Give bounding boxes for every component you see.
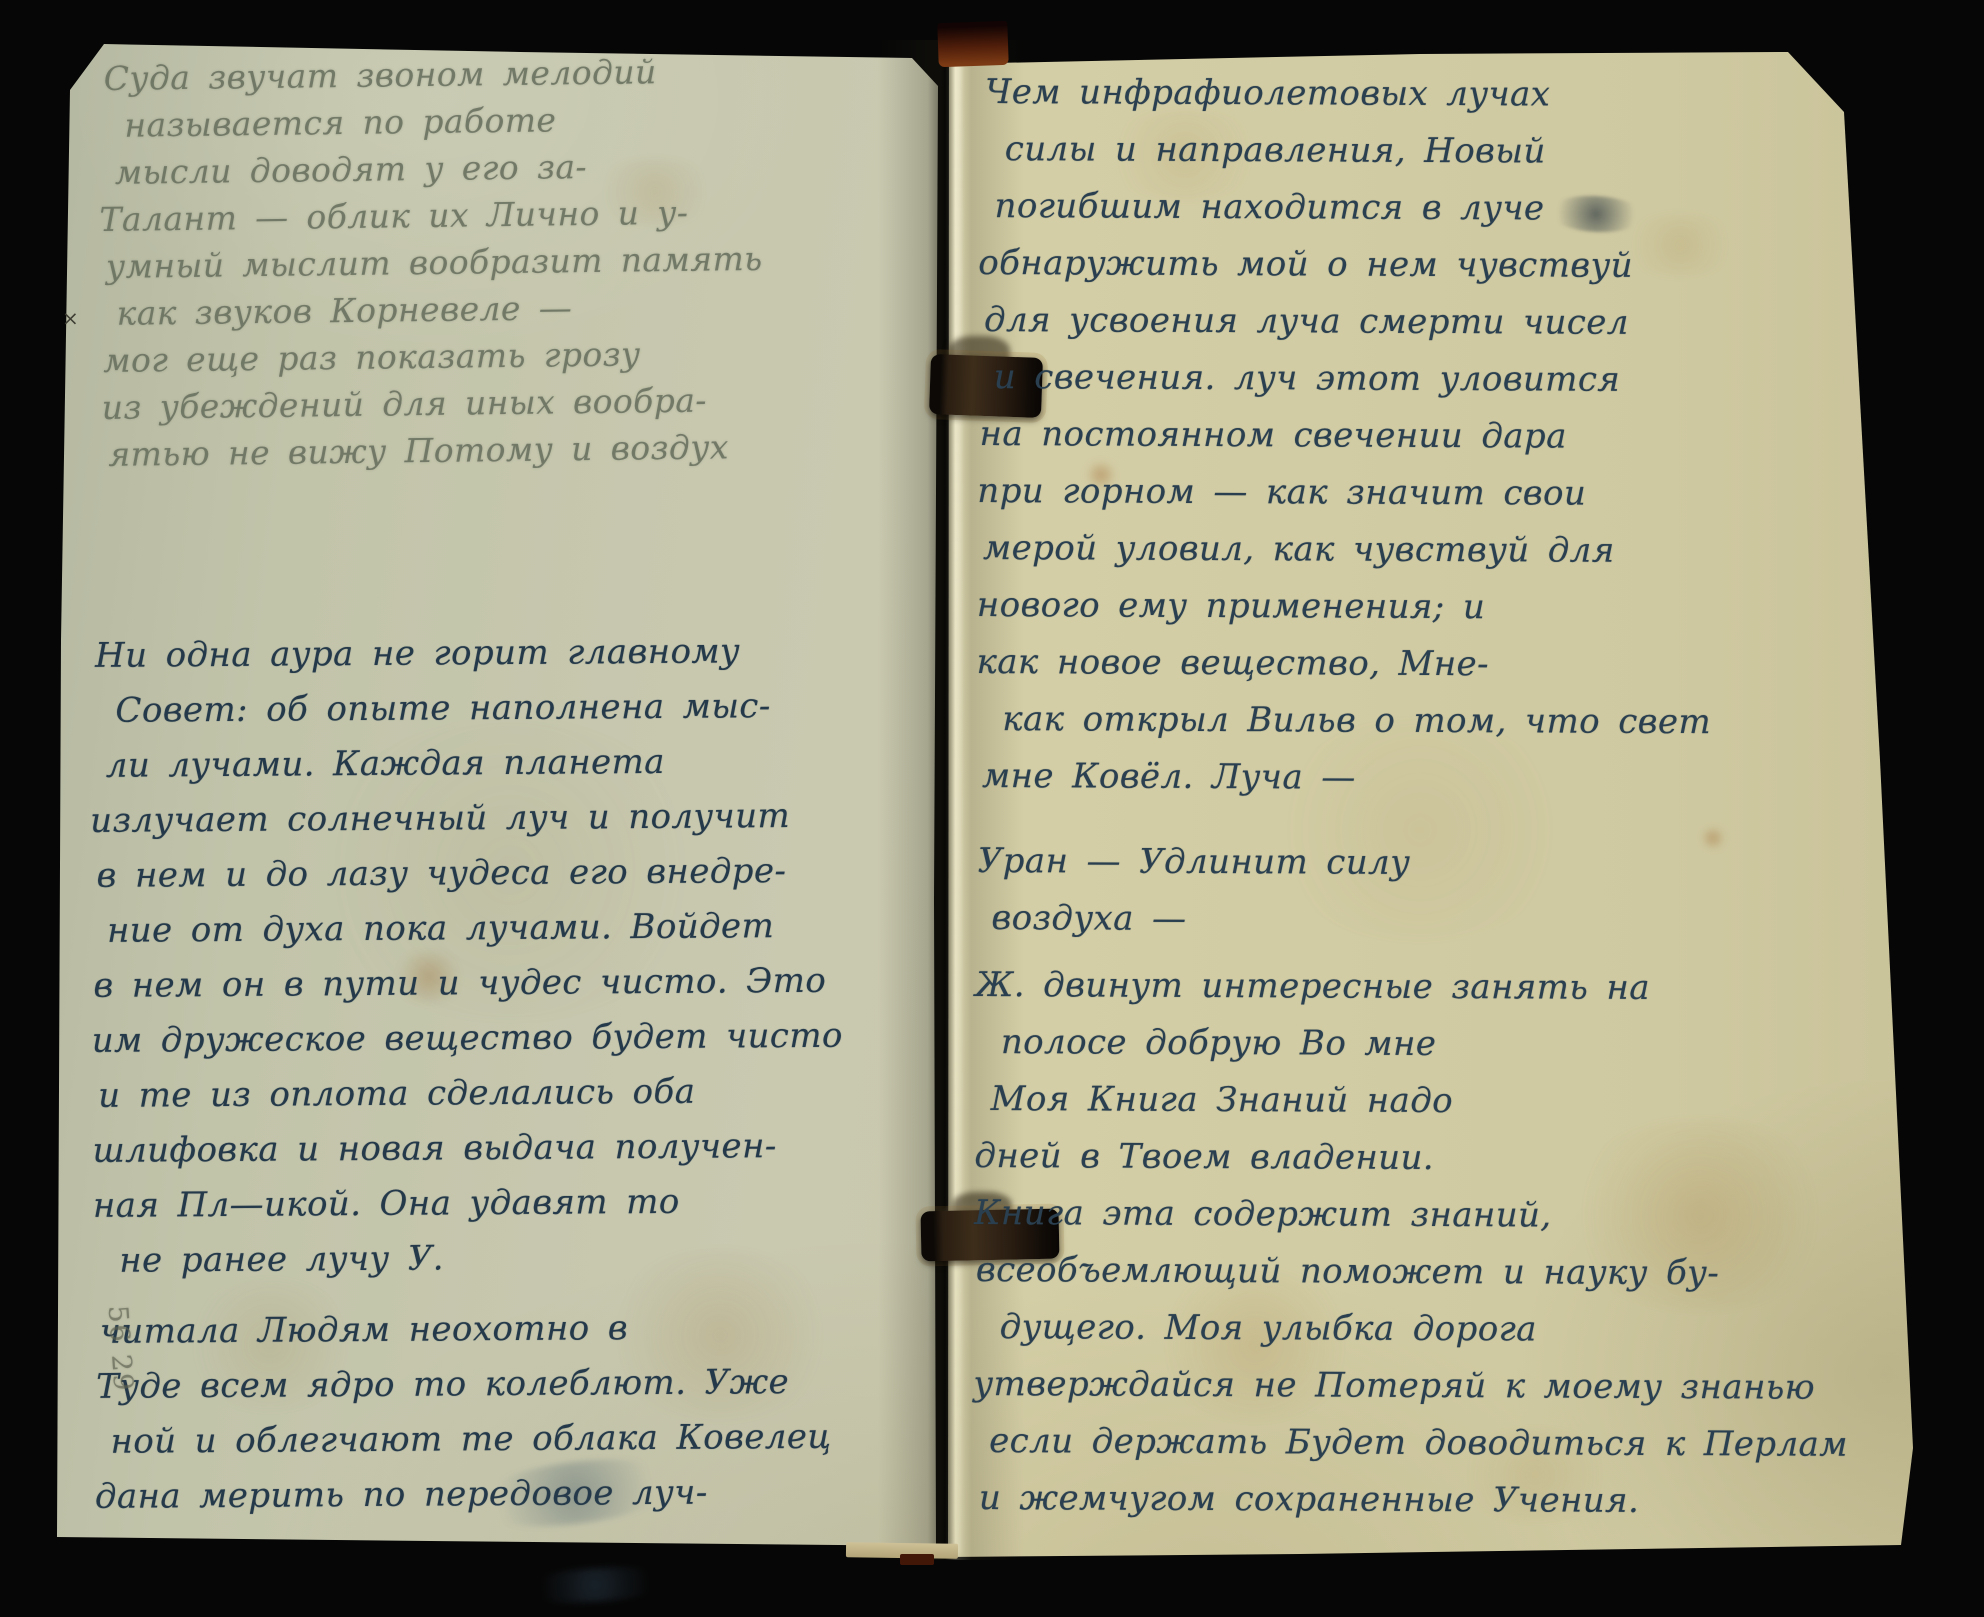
- handwritten-line: погибшим находится в луче: [994, 178, 1898, 239]
- pencil-page-number: 56 29: [104, 1305, 136, 1394]
- handwritten-line: в нем он в пути и чудес чисто. Это: [93, 953, 931, 1014]
- handwritten-line: на постоянном свечении дара: [979, 406, 1897, 467]
- handwritten-line: Чем инфрафиолетовых лучах: [985, 64, 1899, 125]
- handwritten-line: Туде всем ядро то колеблют. Уже: [96, 1354, 934, 1415]
- handwritten-line: Моя Книга Знаний надо: [991, 1071, 1895, 1132]
- handwritten-line: ли лучами. Каждая планета: [106, 733, 930, 794]
- right-page-fold-crease: [952, 60, 962, 1554]
- handwritten-line: излучает солнечный луч и получит: [90, 788, 930, 849]
- handwritten-line: воздуха —: [991, 890, 1895, 951]
- handwritten-line: как новое вещество, Мне-: [976, 634, 1896, 695]
- handwritten-line: шлифовка и новая выдача получен-: [92, 1118, 932, 1179]
- handwritten-line: в нем и до лазу чудеса его внедре-: [96, 843, 930, 904]
- margin-x-mark: ×: [62, 306, 79, 330]
- handwritten-line: для усвоения луча смерти чисел: [984, 292, 1898, 353]
- handwritten-line: читала Людям неохотно в: [100, 1299, 934, 1360]
- handwritten-line: дущего. Моя улыбка дорога: [1000, 1299, 1894, 1360]
- handwritten-line: дана мерить по передовое луч-: [95, 1464, 935, 1525]
- handwritten-line: ная Пл—икой. Она удавят то: [93, 1173, 933, 1234]
- handwritten-line: мне Ковёл. Луча —: [982, 748, 1896, 809]
- left-page-handwriting: Ни одна аура не горит главномуСовет: об …: [89, 623, 935, 1525]
- spine-leather-sliver: [937, 21, 1008, 67]
- notebook-scan: Суда звучат звоном мелодийназывается по …: [0, 0, 1984, 1617]
- handwritten-line: если держать Будет доводиться к Перлам: [989, 1413, 1893, 1474]
- handwritten-line: Уран — Удлинит силу: [978, 833, 1896, 894]
- handwritten-line: Совет: об опыте наполнена мыс-: [115, 678, 929, 739]
- handwritten-line: мерой уловил, как чувствуй для: [983, 520, 1897, 581]
- handwritten-line: обнаружить мой о нем чувствуй: [978, 235, 1898, 296]
- ink-smudge: [519, 1563, 671, 1607]
- handwritten-line: и свечения. луч этот уловится: [994, 349, 1898, 410]
- handwritten-line: ние от духа пока лучами. Войдет: [107, 898, 931, 959]
- bottom-spine-edge: [900, 1554, 934, 1565]
- handwritten-line: нового ему применения; и: [977, 577, 1897, 638]
- handwritten-line: Ж. двинут интересные занять на: [975, 957, 1895, 1018]
- handwritten-line: ятью не вижу Потому и воздух: [108, 421, 923, 478]
- handwritten-line: не ранее лучу У.: [119, 1228, 933, 1289]
- handwritten-line: при горном — как значит свои: [977, 463, 1897, 524]
- handwritten-line: силы и направления, Новый: [1005, 121, 1899, 182]
- left-page-faint-handwriting: Суда звучат звоном мелодийназывается по …: [97, 45, 922, 478]
- handwritten-line: как открыл Вильв о том, что свет: [1002, 691, 1896, 752]
- handwritten-line: Ни одна аура не горит главному: [95, 623, 929, 684]
- handwritten-line: и жемчугом сохраненные Учения.: [979, 1470, 1893, 1531]
- handwritten-line: и те из оплота сделались оба: [98, 1063, 932, 1124]
- handwritten-line: всеобъемлющий поможет и науку бу-: [976, 1242, 1894, 1303]
- handwritten-line: утверждайся не Потеряй к моему знанью: [973, 1356, 1893, 1417]
- right-page-handwriting: Чем инфрафиолетовых лучахсилы и направле…: [973, 64, 1899, 1531]
- handwritten-line: полосе добрую Во мне: [1001, 1014, 1895, 1075]
- handwritten-line: Книга эта содержит знаний,: [974, 1185, 1894, 1246]
- handwritten-line: им дружеское вещество будет чисто: [92, 1008, 932, 1069]
- handwritten-line: ной и облегчают те облака Ковелец: [110, 1409, 934, 1470]
- handwritten-line: дней в Твоем владении.: [974, 1128, 1894, 1189]
